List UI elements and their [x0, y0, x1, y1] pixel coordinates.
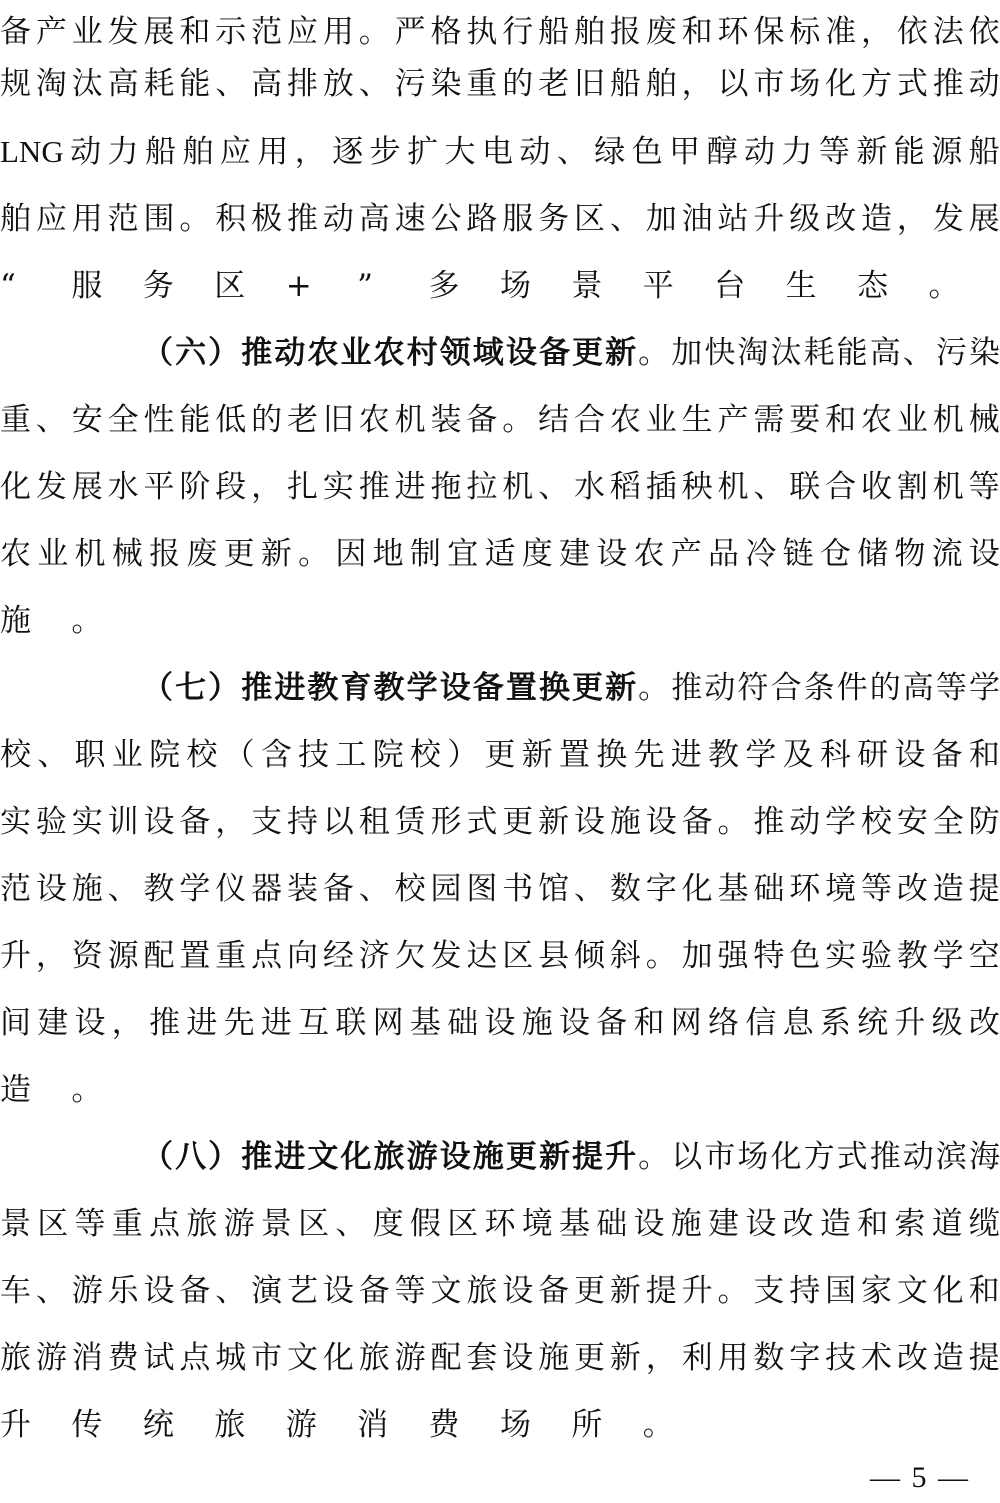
glyph: “ [0, 256, 71, 316]
glyph: 机 [395, 390, 426, 450]
glyph: 空 [969, 926, 1000, 986]
glyph: 重 [215, 926, 246, 986]
glyph: 格 [431, 2, 462, 62]
glyph: 网 [373, 993, 404, 1053]
glyph: ） [447, 725, 478, 785]
glyph: 提 [969, 1328, 1000, 1388]
glyph: 设 [502, 1328, 533, 1388]
glyph: 改 [897, 859, 928, 919]
glyph: 学 [179, 859, 210, 919]
glyph: 推 [359, 457, 390, 517]
glyph: 依 [897, 2, 928, 62]
glyph: 更 [572, 323, 603, 383]
glyph: 储 [857, 524, 888, 584]
glyph: 。 [502, 390, 533, 450]
page-number: — 5 — [870, 1458, 970, 1498]
glyph: 应 [36, 189, 67, 249]
glyph: 农 [359, 390, 390, 450]
paragraph-heading-line: （八）推进文化旅游设施更新提升。以市场化方式推动滨海 [142, 1127, 1000, 1187]
glyph: 础 [596, 1194, 627, 1254]
glyph: 方 [861, 54, 892, 114]
glyph: 设 [596, 524, 627, 584]
glyph: 改 [969, 993, 1000, 1053]
glyph: 村 [407, 323, 438, 383]
glyph: 字 [789, 1328, 820, 1388]
glyph: 环 [484, 1194, 515, 1254]
glyph: 。 [638, 658, 669, 718]
glyph: 造 [933, 859, 964, 919]
glyph: 重 [0, 390, 31, 450]
glyph: 。 [298, 524, 329, 584]
glyph: 、 [37, 725, 68, 785]
glyph: 进 [671, 725, 702, 785]
glyph: 拖 [431, 457, 462, 517]
glyph: 发 [108, 2, 139, 62]
glyph: 设 [323, 1261, 354, 1321]
glyph: 加 [671, 323, 702, 383]
text-line: 校、职业院校（含技工院校）更新置换先进教学及科研设备和 [0, 725, 1000, 785]
text-line: 车、游乐设备、演艺设备等文旅设备更新提升。支持国家文化和 [0, 1261, 1000, 1321]
glyph: 实 [323, 457, 354, 517]
glyph: 推 [287, 189, 318, 249]
glyph: 、 [753, 457, 784, 517]
glyph: 站 [718, 189, 749, 249]
glyph: 区 [574, 189, 605, 249]
text-line: 舶应用范围。积极推动高速公路服务区、加油站升级改造，发展 [0, 189, 1000, 249]
glyph: 和 [634, 993, 665, 1053]
glyph: 学 [407, 658, 438, 718]
glyph: 化 [340, 1127, 371, 1187]
glyph: 设 [75, 993, 106, 1053]
glyph: 范 [108, 189, 139, 249]
glyph: 设 [484, 993, 515, 1053]
glyph: 施 [522, 993, 553, 1053]
glyph: 索 [894, 1194, 925, 1254]
glyph: 特 [753, 926, 784, 986]
glyph: ” [357, 256, 428, 316]
glyph: 行 [502, 2, 533, 62]
glyph: 快 [704, 323, 735, 383]
glyph: 等 [969, 457, 1000, 517]
glyph: 强 [718, 926, 749, 986]
glyph: 用 [72, 189, 103, 249]
glyph: 汰 [72, 54, 103, 114]
glyph: 动 [969, 54, 1000, 114]
glyph: 条 [804, 658, 835, 718]
glyph: 点 [179, 1328, 210, 1388]
glyph: 术 [861, 1328, 892, 1388]
glyph: 持 [789, 1261, 820, 1321]
glyph: 范 [0, 859, 31, 919]
glyph: 场 [737, 1127, 768, 1187]
glyph: 实 [0, 792, 31, 852]
glyph: 老 [538, 54, 569, 114]
glyph: 级 [932, 993, 963, 1053]
glyph: 试 [144, 1328, 175, 1388]
glyph: 段 [215, 457, 246, 517]
glyph: 秧 [682, 457, 713, 517]
glyph: 汰 [770, 323, 801, 383]
glyph: 稻 [610, 457, 641, 517]
glyph: 升 [0, 1395, 71, 1455]
glyph: 游 [36, 1328, 67, 1388]
glyph: 新 [261, 524, 292, 584]
glyph: 备 [179, 792, 210, 852]
glyph: 范 [251, 2, 282, 62]
glyph: 方 [804, 1127, 835, 1187]
glyph: 文 [307, 1127, 338, 1187]
glyph: 路 [466, 189, 497, 249]
glyph: 提 [646, 1261, 677, 1321]
glyph: 旅 [374, 1127, 405, 1187]
glyph: 进 [186, 993, 217, 1053]
glyph: 校 [186, 725, 217, 785]
glyph: 设 [634, 1194, 665, 1254]
glyph: 学 [825, 792, 856, 852]
glyph: 图 [466, 859, 497, 919]
glyph: 进 [395, 457, 426, 517]
glyph: 更 [574, 1328, 605, 1388]
glyph: 地 [373, 524, 404, 584]
glyph: 油 [682, 189, 713, 249]
glyph: 能 [837, 323, 868, 383]
glyph: 。 [179, 189, 210, 249]
glyph: 的 [251, 390, 282, 450]
glyph: 租 [359, 792, 390, 852]
glyph: ， [215, 792, 246, 852]
glyph: （ [142, 658, 173, 718]
glyph: 装 [431, 390, 462, 450]
glyph: 基 [559, 1194, 590, 1254]
glyph: 学 [745, 725, 776, 785]
glyph: 安 [897, 792, 928, 852]
glyph: 利 [682, 1328, 713, 1388]
glyph: 设 [502, 1261, 533, 1321]
glyph: 农 [374, 323, 405, 383]
glyph: 排 [287, 54, 318, 114]
glyph: 备 [473, 658, 504, 718]
glyph: 源 [931, 122, 962, 182]
glyph: 文 [431, 1261, 462, 1321]
glyph: 造 [820, 1194, 851, 1254]
glyph: 安 [72, 390, 103, 450]
glyph: 置 [559, 725, 590, 785]
glyph: （ [142, 323, 173, 383]
glyph: 场 [500, 1395, 571, 1455]
glyph: 式 [466, 792, 497, 852]
glyph: 极 [251, 189, 282, 249]
glyph: 机 [502, 457, 533, 517]
glyph: 平 [643, 256, 714, 316]
glyph: 、 [574, 859, 605, 919]
glyph: 器 [251, 859, 282, 919]
glyph: ， [682, 54, 713, 114]
glyph: 和 [682, 2, 713, 62]
glyph: 研 [857, 725, 888, 785]
glyph: 置 [506, 658, 537, 718]
glyph: 联 [335, 993, 366, 1053]
glyph: 套 [466, 1328, 497, 1388]
glyph: 淘 [737, 323, 768, 383]
glyph: 学 [969, 658, 1000, 718]
glyph: 文 [287, 1328, 318, 1388]
glyph: 乐 [108, 1261, 139, 1321]
glyph: 醇 [707, 122, 738, 182]
glyph: 支 [251, 792, 282, 852]
glyph: 适 [484, 524, 515, 584]
glyph: 件 [837, 658, 868, 718]
glyph: 消 [72, 1328, 103, 1388]
glyph: 消 [357, 1395, 428, 1455]
glyph: 冷 [745, 524, 776, 584]
glyph: 含 [261, 725, 292, 785]
glyph: 。 [718, 1261, 749, 1321]
glyph: 化 [682, 859, 713, 919]
glyph: 、 [903, 323, 934, 383]
glyph: 海 [969, 1127, 1000, 1187]
glyph: 及 [783, 725, 814, 785]
glyph: 科 [820, 725, 851, 785]
glyph: 农 [861, 390, 892, 450]
glyph: 级 [789, 189, 820, 249]
glyph: ， [646, 1328, 677, 1388]
glyph: 规 [0, 54, 31, 114]
glyph: 实 [825, 926, 856, 986]
glyph: 演 [251, 1261, 282, 1321]
glyph: 向 [287, 926, 318, 986]
glyph: 形 [431, 792, 462, 852]
glyph: 动 [274, 323, 305, 383]
glyph: 持 [287, 792, 318, 852]
glyph: 合 [770, 658, 801, 718]
glyph: 推 [241, 323, 272, 383]
glyph: 仓 [820, 524, 851, 584]
glyph: 环 [789, 859, 820, 919]
paragraph-heading-line: （七）推进教育教学设备置换更新。推动符合条件的高等学 [142, 658, 1000, 718]
glyph: 应 [287, 2, 318, 62]
glyph: 、 [359, 859, 390, 919]
glyph: 等 [819, 122, 850, 182]
glyph: 游 [286, 1395, 357, 1455]
glyph: 更 [484, 725, 515, 785]
glyph: 仪 [215, 859, 246, 919]
glyph: 车 [0, 1261, 31, 1321]
glyph: 教 [708, 725, 739, 785]
glyph: 游 [224, 1194, 255, 1254]
glyph: 舶 [574, 2, 605, 62]
glyph: 产 [36, 2, 67, 62]
glyph: 备 [682, 792, 713, 852]
glyph: 实 [72, 792, 103, 852]
glyph: 校 [861, 792, 892, 852]
glyph: 船 [969, 122, 1000, 182]
glyph: 设 [440, 658, 471, 718]
glyph: 升 [682, 1261, 713, 1321]
glyph: 物 [894, 524, 925, 584]
glyph: 耗 [804, 323, 835, 383]
glyph: 院 [149, 725, 180, 785]
glyph: 备 [0, 2, 31, 62]
glyph: 染 [431, 54, 462, 114]
glyph: 和 [857, 1194, 888, 1254]
glyph: 。 [718, 792, 749, 852]
glyph: 七 [175, 658, 206, 718]
glyph: 教 [374, 658, 405, 718]
text-line: 旅游消费试点城市文化旅游配套设施更新，利用数字技术改造提 [0, 1328, 1000, 1388]
glyph: 建 [37, 993, 68, 1053]
glyph: 新 [610, 1328, 641, 1388]
glyph: 场 [500, 256, 571, 316]
glyph: 领 [440, 323, 471, 383]
glyph: 城 [215, 1328, 246, 1388]
glyph: 淘 [36, 54, 67, 114]
glyph: ， [36, 926, 67, 986]
glyph: 县 [538, 926, 569, 986]
glyph: 假 [410, 1194, 441, 1254]
text-line: 备产业发展和示范应用。严格执行船舶报废和环保标准，依法依 [0, 2, 1000, 62]
glyph: 进 [274, 658, 305, 718]
glyph: 旧 [323, 390, 354, 450]
glyph: 所 [571, 1395, 642, 1455]
glyph: 防 [969, 792, 1000, 852]
glyph: 新 [605, 658, 636, 718]
glyph: 环 [718, 2, 749, 62]
glyph: 更 [502, 792, 533, 852]
glyph: 备 [932, 725, 963, 785]
glyph: 改 [783, 1194, 814, 1254]
text-line: 范设施、教学仪器装备、校园图书馆、数字化基础环境等改造提 [0, 859, 1000, 919]
glyph: 备 [596, 993, 627, 1053]
glyph: 景 [571, 256, 642, 316]
text-line: 规淘汰高耗能、高排放、污染重的老旧船舶，以市场化方式推动 [0, 54, 1000, 114]
document-page: 备产业发展和示范应用。严格执行船舶报废和环保标准，依法依规淘汰高耗能、高排放、污… [0, 0, 1000, 1503]
glyph: 先 [224, 993, 255, 1053]
glyph: 国 [825, 1261, 856, 1321]
glyph: 务 [538, 189, 569, 249]
glyph: 法 [933, 2, 964, 62]
glyph: 家 [861, 1261, 892, 1321]
text-line: 化发展水平阶段，扎实推进拖拉机、水稻插秧机、联合收割机等 [0, 457, 1000, 517]
glyph: 高 [870, 323, 901, 383]
glyph: 机 [933, 390, 964, 450]
glyph: 色 [632, 122, 663, 182]
glyph: 用 [718, 1328, 749, 1388]
glyph: 院 [373, 725, 404, 785]
glyph: 新 [539, 1127, 570, 1187]
glyph: 业 [340, 323, 371, 383]
glyph: 农 [307, 323, 338, 383]
glyph: 斜 [610, 926, 641, 986]
glyph: 联 [789, 457, 820, 517]
glyph: 电 [482, 122, 513, 182]
glyph: 资 [72, 926, 103, 986]
glyph: 换 [596, 725, 627, 785]
glyph: 校 [0, 725, 31, 785]
glyph: 务 [143, 256, 214, 316]
glyph: 造 [861, 189, 892, 249]
glyph: 支 [753, 1261, 784, 1321]
glyph: + [286, 256, 357, 316]
glyph: 推 [241, 1127, 272, 1187]
glyph: 等 [936, 658, 967, 718]
glyph: 旅 [186, 1194, 217, 1254]
glyph: 设 [506, 323, 537, 383]
glyph: 缆 [969, 1194, 1000, 1254]
glyph: 化 [323, 1328, 354, 1388]
glyph: 学 [933, 926, 964, 986]
glyph: 动 [519, 122, 550, 182]
glyph: 旧 [574, 54, 605, 114]
glyph: 市 [704, 1127, 735, 1187]
glyph: 高 [903, 658, 934, 718]
glyph: 业 [897, 390, 928, 450]
glyph: 因 [335, 524, 366, 584]
glyph: 艺 [287, 1261, 318, 1321]
glyph: 先 [634, 725, 665, 785]
glyph: 费 [108, 1328, 139, 1388]
text-line: 农业机械报废更新。因地制宜适度建设农产品冷链仓储物流设 [0, 524, 1000, 584]
glyph: 推 [149, 993, 180, 1053]
glyph: 以 [323, 792, 354, 852]
glyph: 围 [144, 189, 175, 249]
text-line: 实验实训设备，支持以租赁形式更新设施设备。推动学校安全防 [0, 792, 1000, 852]
glyph: 域 [473, 323, 504, 383]
glyph: ， [112, 993, 143, 1053]
glyph: 更 [574, 1261, 605, 1321]
glyph: 用 [323, 2, 354, 62]
glyph: 滨 [936, 1127, 967, 1187]
glyph: 赁 [395, 792, 426, 852]
glyph: 制 [410, 524, 441, 584]
glyph: 拉 [466, 457, 497, 517]
glyph: 。 [359, 2, 390, 62]
glyph: 高 [359, 189, 390, 249]
glyph: 、 [36, 1261, 67, 1321]
glyph: ） [208, 1127, 239, 1187]
glyph: 进 [274, 1127, 305, 1187]
glyph: 扩 [407, 122, 438, 182]
glyph: 书 [502, 859, 533, 919]
glyph: 动 [704, 658, 735, 718]
glyph: 。 [71, 1060, 142, 1120]
glyph: 动 [789, 792, 820, 852]
glyph: 改 [897, 1328, 928, 1388]
glyph: 新 [605, 323, 636, 383]
glyph: 动 [744, 122, 775, 182]
glyph: 推 [241, 658, 272, 718]
glyph: 升 [753, 189, 784, 249]
glyph: 报 [610, 2, 641, 62]
glyph: 舶 [646, 54, 677, 114]
glyph: 业 [646, 390, 677, 450]
glyph: 发 [933, 189, 964, 249]
glyph: 污 [395, 54, 426, 114]
glyph: 大 [445, 122, 476, 182]
glyph: 水 [108, 457, 139, 517]
glyph: 设 [144, 1261, 175, 1321]
glyph: 教 [897, 926, 928, 986]
glyph: ） [208, 658, 239, 718]
glyph: 技 [825, 1328, 856, 1388]
glyph: 、 [108, 859, 139, 919]
glyph: 校 [395, 859, 426, 919]
glyph: 报 [149, 524, 180, 584]
glyph: 。 [643, 1395, 714, 1455]
glyph: 化 [825, 54, 856, 114]
glyph: 推 [870, 1127, 901, 1187]
glyph: 新 [538, 792, 569, 852]
glyph: 络 [708, 993, 739, 1053]
